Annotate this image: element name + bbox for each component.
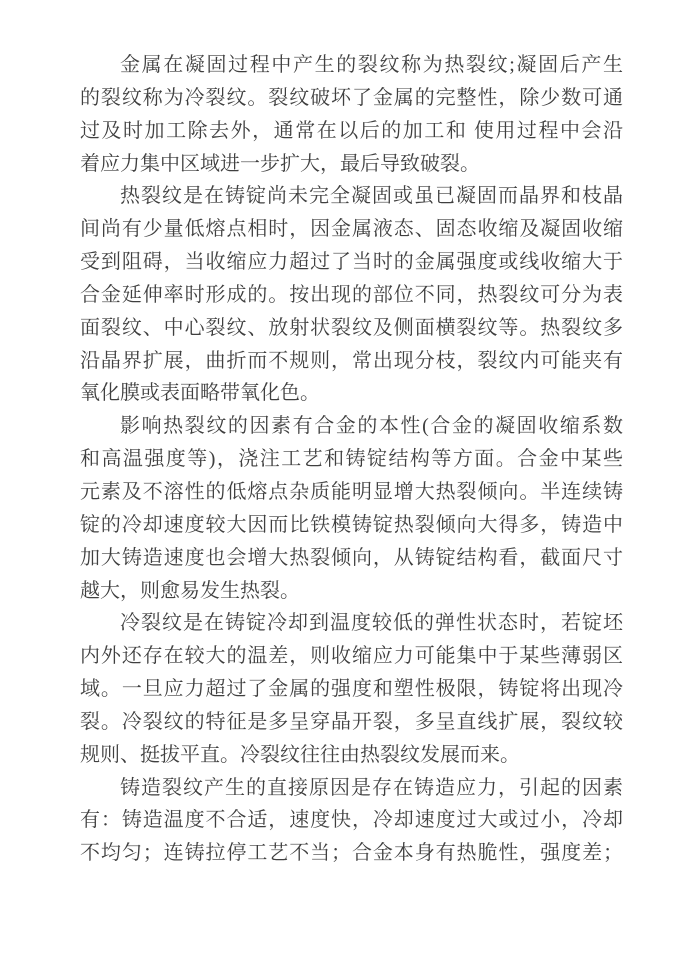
text-line: 氧化膜或表面略带氧化色。 [80, 377, 623, 410]
text-line: 内外还存在较大的温差，则收缩应力可能集中于某些薄弱区 [80, 640, 623, 673]
text-line: 不均匀；连铸拉停工艺不当；合金本身有热脆性，强度差； [80, 837, 623, 870]
paragraph-5: 铸造裂纹产生的直接原因是存在铸造应力，引起的因素 有：铸造温度不合适，速度快，冷… [80, 772, 623, 871]
text-line: 影响热裂纹的因素有合金的本性(合金的凝固收缩系数 [80, 410, 623, 443]
text-line: 加大铸造速度也会增大热裂倾向，从铸锭结构看，截面尺寸 [80, 542, 623, 575]
text-line: 锭的冷却速度较大因而比铁模铸锭热裂倾向大得多，铸造中 [80, 509, 623, 542]
text-line: 规则、挺拔平直。冷裂纹往往由热裂纹发展而来。 [80, 739, 623, 772]
text-line: 越大，则愈易发生热裂。 [80, 575, 623, 608]
text-line: 裂。冷裂纹的特征是多呈穿晶开裂，多呈直线扩展，裂纹较 [80, 706, 623, 739]
text-line: 域。一旦应力超过了金属的强度和塑性极限，铸锭将出现冷 [80, 673, 623, 706]
text-line: 有：铸造温度不合适，速度快，冷却速度过大或过小，冷却 [80, 804, 623, 837]
document-page: 金属在凝固过程中产生的裂纹称为热裂纹;凝固后产生 的裂纹称为冷裂纹。裂纹破坏了金… [0, 0, 680, 963]
text-line: 合金延伸率时形成的。按出现的部位不同，热裂纹可分为表 [80, 279, 623, 312]
text-line: 冷裂纹是在铸锭冷却到温度较低的弹性状态时，若锭坯 [80, 607, 623, 640]
text-line: 的裂纹称为冷裂纹。裂纹破坏了金属的完整性，除少数可通 [80, 82, 623, 115]
text-line: 热裂纹是在铸锭尚未完全凝固或虽已凝固而晶界和枝晶 [80, 180, 623, 213]
paragraph-1: 金属在凝固过程中产生的裂纹称为热裂纹;凝固后产生 的裂纹称为冷裂纹。裂纹破坏了金… [80, 49, 623, 180]
text-line: 过及时加工除去外，通常在以后的加工和 使用过程中会沿 [80, 115, 623, 148]
paragraph-4: 冷裂纹是在铸锭冷却到温度较低的弹性状态时，若锭坯 内外还存在较大的温差，则收缩应… [80, 607, 623, 771]
text-line: 着应力集中区域进一步扩大，最后导致破裂。 [80, 148, 623, 181]
text-block: 金属在凝固过程中产生的裂纹称为热裂纹;凝固后产生 的裂纹称为冷裂纹。裂纹破坏了金… [80, 49, 623, 870]
text-line: 金属在凝固过程中产生的裂纹称为热裂纹;凝固后产生 [80, 49, 623, 82]
text-line: 面裂纹、中心裂纹、放射状裂纹及侧面横裂纹等。热裂纹多 [80, 312, 623, 345]
text-line: 沿晶界扩展，曲折而不规则，常出现分枝，裂纹内可能夹有 [80, 345, 623, 378]
text-line: 元素及不溶性的低熔点杂质能明显增大热裂倾向。半连续铸 [80, 476, 623, 509]
paragraph-2: 热裂纹是在铸锭尚未完全凝固或虽已凝固而晶界和枝晶 间尚有少量低熔点相时，因金属液… [80, 180, 623, 410]
text-line: 和高温强度等)，浇注工艺和铸锭结构等方面。合金中某些 [80, 443, 623, 476]
text-line: 间尚有少量低熔点相时，因金属液态、固态收缩及凝固收缩 [80, 213, 623, 246]
paragraph-3: 影响热裂纹的因素有合金的本性(合金的凝固收缩系数 和高温强度等)，浇注工艺和铸锭… [80, 410, 623, 607]
text-line: 铸造裂纹产生的直接原因是存在铸造应力，引起的因素 [80, 772, 623, 805]
text-line: 受到阻碍，当收缩应力超过了当时的金属强度或线收缩大于 [80, 246, 623, 279]
